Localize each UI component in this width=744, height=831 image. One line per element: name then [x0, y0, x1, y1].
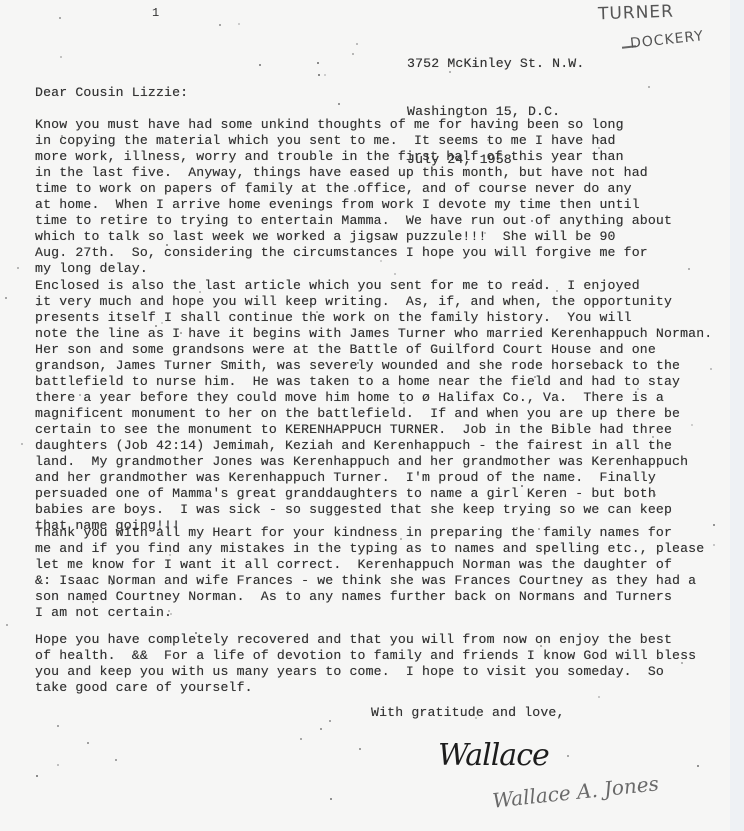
signature-ink: Wallace	[438, 738, 549, 773]
speck	[639, 782, 641, 784]
speck	[5, 297, 7, 299]
speck	[318, 74, 320, 76]
speck	[62, 174, 64, 176]
speck	[259, 64, 261, 66]
text-line: Aug. 27th. So, considering the circumsta…	[35, 245, 672, 261]
speck	[697, 765, 699, 767]
speck	[115, 759, 117, 761]
page-number-mark: 1	[152, 6, 159, 20]
paragraph-4: Hope you have completely recovered and t…	[35, 632, 696, 696]
text-line: time to work on papers of family at the …	[35, 181, 672, 197]
speck	[598, 696, 600, 698]
speck	[567, 755, 569, 757]
text-line: Enclosed is also the last article which …	[35, 278, 712, 294]
speck	[353, 463, 355, 465]
text-line: let me know for I want it all correct. K…	[35, 557, 704, 573]
paragraph-1: Know you must have had some unkind thoug…	[35, 117, 672, 277]
speck	[238, 23, 240, 25]
scan-edge	[730, 0, 744, 831]
pencil-annotation-turner: TURNER	[598, 2, 675, 25]
speck	[57, 725, 59, 727]
speck	[329, 720, 331, 722]
speck	[338, 103, 340, 105]
text-line: in the last five. Anyway, things have ea…	[35, 165, 672, 181]
speck	[6, 624, 8, 626]
text-line: it very much and hope you will keep writ…	[35, 294, 712, 310]
speck	[352, 53, 354, 55]
text-line: and her grandmother was Kerenhappuch Tur…	[35, 470, 712, 486]
speck	[280, 152, 282, 154]
text-line: of health. && For a life of devotion to …	[35, 648, 696, 664]
paragraph-3: Thank you with all my Heart for your kin…	[35, 525, 704, 621]
speck	[484, 232, 486, 234]
speck	[199, 291, 201, 293]
speck	[713, 524, 715, 526]
text-line: Know you must have had some unkind thoug…	[35, 117, 672, 133]
text-line: daughters (Job 42:14) Jemimah, Keziah an…	[35, 438, 712, 454]
speck	[356, 43, 358, 45]
text-line: Her son and some grandsons were at the B…	[35, 342, 712, 358]
speck	[359, 748, 361, 750]
address-street: 3752 McKinley St. N.W.	[407, 56, 584, 72]
text-line: &: Isaac Norman and wife Frances - we th…	[35, 573, 704, 589]
speck	[357, 362, 359, 364]
speck	[710, 368, 712, 370]
text-line: I am not certain.	[35, 605, 704, 621]
speck	[400, 538, 402, 540]
text-line: grandson, James Turner Smith, was severe…	[35, 358, 712, 374]
speck	[713, 544, 715, 546]
text-line: land. My grandmother Jones was Kerenhapp…	[35, 454, 712, 470]
salutation: Dear Cousin Lizzie:	[35, 85, 188, 101]
closing: With gratitude and love,	[371, 705, 565, 721]
speck	[21, 443, 23, 445]
speck	[297, 562, 299, 564]
text-line: note the line as I have it begins with J…	[35, 326, 712, 342]
speck	[380, 260, 382, 262]
text-line: in copying the material which you sent t…	[35, 133, 672, 149]
speck	[394, 273, 396, 275]
speck	[299, 411, 301, 413]
text-line: certain to see the monument to KERENHAPP…	[35, 422, 712, 438]
speck	[296, 235, 298, 237]
speck	[155, 325, 157, 327]
speck	[330, 798, 332, 800]
speck	[598, 147, 600, 149]
text-line: more work, illness, worry and trouble in…	[35, 149, 672, 165]
text-line: take good care of yourself.	[35, 680, 696, 696]
speck	[161, 322, 163, 324]
text-line: Hope you have completely recovered and t…	[35, 632, 696, 648]
paragraph-2: Enclosed is also the last article which …	[35, 278, 712, 534]
speck	[176, 366, 178, 368]
speck	[36, 775, 38, 777]
speck	[688, 268, 690, 270]
text-line: you and keep you with us many years to c…	[35, 664, 696, 680]
text-line: which to talk so last week we worked a j…	[35, 229, 672, 245]
text-line: Thank you with all my Heart for your kin…	[35, 525, 704, 541]
text-line: my long delay.	[35, 261, 672, 277]
text-line: babies are boys. I was sick - so suggest…	[35, 502, 712, 518]
speck	[320, 728, 322, 730]
text-line: presents itself I shall continue the wor…	[35, 310, 712, 326]
text-line: magnificent monument to her on the battl…	[35, 406, 712, 422]
speck	[532, 279, 534, 281]
text-line: at home. When I arrive home evenings fro…	[35, 197, 672, 213]
text-line: son named Courtney Norman. As to any nam…	[35, 589, 704, 605]
speck	[61, 135, 63, 137]
text-line: persuaded one of Mamma's great granddaug…	[35, 486, 712, 502]
text-line: me and if you find any mistakes in the t…	[35, 541, 704, 557]
speck	[92, 601, 94, 603]
text-line: there a year before they could move him …	[35, 390, 712, 406]
text-line: battlefield to nurse him. He was taken t…	[35, 374, 712, 390]
speck	[87, 742, 89, 744]
speck	[531, 220, 533, 222]
text-line: time to retire to trying to entertain Ma…	[35, 213, 672, 229]
